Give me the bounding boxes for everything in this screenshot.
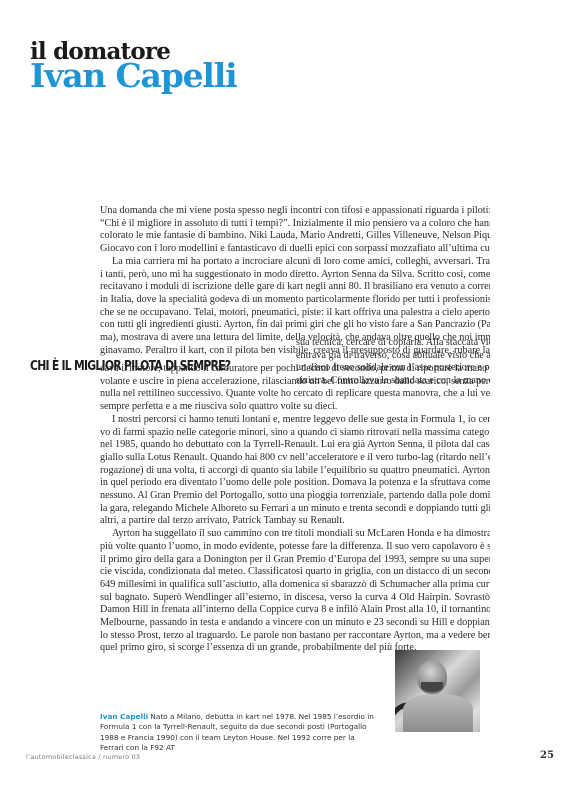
body-line: altri, a partire dal terzo arrivato, Pat… xyxy=(100,515,490,528)
body-line: sul bagnato. Superò Wendlinger all’ester… xyxy=(100,592,490,605)
body-line: Melbourne, passando in testa e andando a… xyxy=(100,617,490,630)
body-line: vo di farmi spazio nelle categorie minor… xyxy=(100,427,490,440)
body-line: nel 1985, quando ho debuttato con la Tyr… xyxy=(100,439,490,452)
photo-shirt-shape xyxy=(403,694,473,732)
article-body-top: Una domanda che mi viene posta spesso ne… xyxy=(100,205,490,357)
body-line: “Chi è il migliore in assoluto di tutti … xyxy=(100,218,490,231)
body-line: nessuno. Al Gran Premio del Portogallo, … xyxy=(100,490,490,503)
body-line: Ayrton ha suggellato il suo cammino con … xyxy=(100,528,490,541)
body-line: Giocavo con i loro modellini e fantastic… xyxy=(100,243,490,256)
body-line: giallo sulla Lotus Renault. Quando hai 8… xyxy=(100,452,490,465)
body-line: che se ne occupavano. Telai, motori, pne… xyxy=(100,307,490,320)
body-line: Una domanda che mi viene posta spesso ne… xyxy=(100,205,490,218)
body-line: 649 millesimi in qualifica sull’asciutto… xyxy=(100,579,490,592)
footer-publication: l’automobileclassica / numero 03 xyxy=(26,753,140,761)
body-line: La mia carriera mi ha portato a incrocia… xyxy=(100,256,490,269)
article-body-bottom: cava il motore, tappando il carburatore … xyxy=(100,363,490,655)
body-line: più volte quanto l’uomo, in modo evident… xyxy=(100,541,490,554)
body-line: la gara, relegando Michele Alboreto su F… xyxy=(100,503,490,516)
body-line: il primo giro della gara a Donington per… xyxy=(100,554,490,567)
body-line: sua tecnica, cercare di copiarla. Alla s… xyxy=(296,337,490,350)
body-line: volante e uscire in piena accelerazione,… xyxy=(100,376,490,389)
body-line: cava il motore, tappando il carburatore … xyxy=(100,363,490,376)
body-line: Damon Hill in frenata all’interno della … xyxy=(100,604,490,617)
body-line: sempre perfetta e a me riusciva solo qua… xyxy=(100,401,490,414)
body-line: con tutti gli ingredienti giusti. Ayrton… xyxy=(100,319,490,332)
body-line: entrava già di traverso, cosa abituale v… xyxy=(296,350,490,363)
body-line: in Italia, dove la specialità godeva di … xyxy=(100,294,490,307)
body-line: I nostri percorsi ci hanno tenuti lontan… xyxy=(100,414,490,427)
body-line: cie viscida, condizionata dal meteo. Cla… xyxy=(100,566,490,579)
page-number: 25 xyxy=(540,750,554,761)
photo-caption: Ivan Capelli Nato a Milano, debutta in k… xyxy=(100,712,380,753)
photo-beard-shape xyxy=(421,682,443,692)
body-line: rogazione) di una volta, ti accorgi di q… xyxy=(100,465,490,478)
body-line: in quel periodo era diventato l’uomo del… xyxy=(100,477,490,490)
portrait-photo xyxy=(395,650,480,732)
body-line: lo stesso Prost, terzo al traguardo. Le … xyxy=(100,630,490,643)
body-line: recitavano i moduli di iscrizione delle … xyxy=(100,281,490,294)
article-title: Ivan Capelli xyxy=(30,58,236,94)
body-line: i tanti, però, uno mi ha suggestionato i… xyxy=(100,269,490,282)
body-line: colorato le mie fantasie di bambino. Nik… xyxy=(100,230,490,243)
body-line: nulla nel rettilineo successivo. Quante … xyxy=(100,388,490,401)
caption-name: Ivan Capelli xyxy=(100,712,148,721)
